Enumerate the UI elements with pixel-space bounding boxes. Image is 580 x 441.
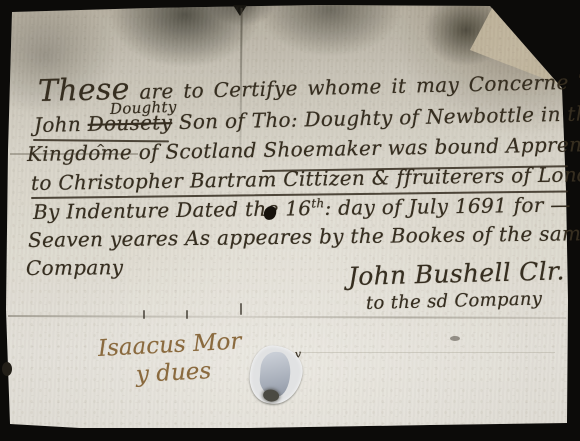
line-2-name: John	[34, 112, 88, 137]
handwritten-line-7: Company	[26, 255, 124, 280]
crease-tick-mark	[143, 310, 145, 319]
line-5-text-after: : day of July 1691 for —	[324, 192, 570, 219]
crease-tick-mark	[240, 303, 242, 315]
line-3-underlined-text: was bound Apprentice	[387, 132, 580, 160]
edge-ink-speck	[2, 362, 12, 376]
small-smudge	[450, 336, 460, 341]
crease-tick-mark	[186, 310, 188, 319]
certificate-photo: These are to Certifye whome it may Conce…	[0, 0, 580, 441]
ordinal-superscript: th	[311, 196, 324, 210]
docket-inscription-line-2: y dues	[135, 358, 212, 388]
struck-out-surname: Dousety	[87, 110, 172, 136]
clerk-signature: John Bushell Clr.	[348, 256, 565, 291]
